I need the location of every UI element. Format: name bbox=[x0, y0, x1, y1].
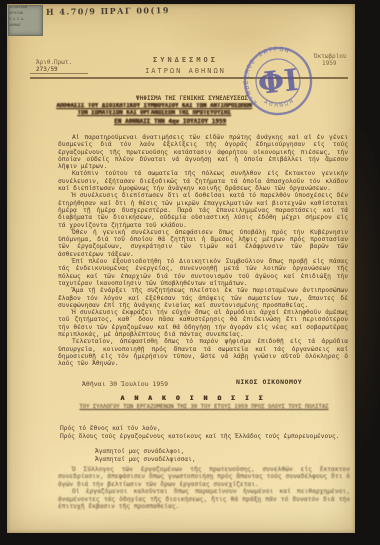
date-month: Ὀκτωβρίου bbox=[314, 53, 347, 60]
title-line-1: ΨΗΦΙΣΜΑ ΤΗΣ ΓΕΝΙΚΗΣ ΣΥΝΕΛΕΥΣΕΩΣ bbox=[70, 95, 314, 102]
salutation-block: Ἀγαπητοί μας συνάδελφοι, Ἀγαπηταί μας συ… bbox=[95, 448, 196, 464]
body-paragraph: Κατόπιν τούτου τά σωματεῖα τῆς πόλεως συ… bbox=[58, 170, 348, 192]
body-text-block: Αἱ παρατηρούμεναι ἀνατιμήσεις τῶν εἰδῶν … bbox=[58, 134, 348, 368]
body-paragraph: Αἱ παρατηρούμεναι ἀνατιμήσεις τῶν εἰδῶν … bbox=[58, 134, 348, 170]
body-paragraph: Ὅθεν ἡ γενική συνέλευσις ἀπεφάσισεν ὅπως… bbox=[58, 229, 348, 258]
scan-background: { "annotations": { "top_note": "Η 4.70/9… bbox=[0, 0, 380, 545]
reference-value: 273/59 bbox=[36, 66, 72, 73]
address-line-2: Πρός ὅλους τούς ἐργαζομένους κατοίκους κ… bbox=[60, 433, 339, 440]
announcement-subheading: ΤΟΥ ΣΥΛΛΟΓΟΥ ΤΩΝ ΕΡΓΑΖΟΜΕΝΩΝ ΤΗΣ 30 ΤΟΥ … bbox=[58, 404, 350, 410]
announcement-paragraph: Οἱ ἐργαζόμενοι καλοῦνται ὅπως παραμείνου… bbox=[58, 488, 350, 510]
announcement-paragraph: Ὁ Σύλλογος τῶν ἐργαζομένων τῆς πρωτευούσ… bbox=[58, 466, 350, 488]
archive-stamp-line: ΙΣΤΟΡΙΚΟΝ bbox=[9, 6, 27, 9]
body-paragraph: Ἡ συνέλευσις διεπίστωσεν ὅτι αἱ δοθεῖσαι… bbox=[58, 192, 348, 228]
letterhead-date: Ὀκτωβρίου 1959 bbox=[314, 53, 347, 67]
announcement-text-block: Ὁ Σύλλογος τῶν ἐργαζομένων τῆς πρωτευούσ… bbox=[58, 466, 350, 510]
date-year: 1959 bbox=[314, 60, 347, 67]
archive-stamp-line: Ε.Λ.Ι.Α. bbox=[9, 18, 27, 21]
body-paragraph: Ἐπί πλέον ἐξουσιοδοτήθη τό Διοικητικόν Σ… bbox=[58, 258, 348, 287]
salutation-line-2: Ἀγαπηταί μας συναδέλφισσαι, bbox=[95, 456, 196, 464]
salutation-line-1: Ἀγαπητοί μας συνάδελφοι, bbox=[95, 448, 196, 456]
body-paragraph: Ἡ συνέλευσις ἐκφράζει τήν εὐχήν ὅπως αἱ … bbox=[58, 309, 348, 338]
body-paragraph: Τελευταῖον, ἀπεφασίσθη ὅπως τό παρόν ψήφ… bbox=[58, 338, 348, 367]
archive-stamp-box: ΙΣΤΟΡΙΚΟΝ ΑΡΧΕΙΟΝ Ε.Λ.Ι.Α. ΑΘΗΝΑΙ bbox=[8, 5, 43, 36]
archive-stamp-line: ΑΡΧΕΙΟΝ bbox=[9, 12, 27, 15]
title-line-3: ΤΩΝ ΣΩΜΑΤΕΙΩΝ ΚΑΙ ΟΡΓΑΝΩΣΕΩΝ ΤΗΣ ΠΡΩΤΕΥΟ… bbox=[52, 110, 256, 116]
body-paragraph: Ἅμα τῇ ἐνάρξει τῆς συζητήσεως πλεῖστοι ἐ… bbox=[58, 287, 348, 309]
signature-name: ΝΙΚΟΣ ΟΙΚΟΝΟΜΟΥ bbox=[236, 378, 302, 386]
reference-number: Ἀριθ.Πρωτ. 273/59 bbox=[36, 59, 72, 73]
title-line-2: ΑΠΟΦΑΣΙΣ ΤΟΥ ΔΙΟΙΚΗΤΙΚΟΥ ΣΥΜΒΟΥΛΙΟΥ ΚΑΙ … bbox=[50, 103, 258, 109]
handwritten-note: Η 4.70/9 ΠΡΑΓ 00(19 bbox=[46, 5, 170, 17]
archive-stamp-line: ΑΘΗΝΑΙ bbox=[9, 24, 27, 27]
reference-underline bbox=[30, 73, 88, 74]
title-line-4: ΕΝ ΑΘΗΝΑΙΣ ΤΗΝ 4ην ΙΟΥΛΙΟΥ 1959 bbox=[100, 118, 240, 125]
closing-date: Ἀθῆναι 30 Ἰουλίου 1959 bbox=[82, 380, 168, 388]
announcement-heading: Α Ν Α Κ Ο Ι Ν Ω Σ Ι Σ bbox=[118, 394, 268, 402]
reference-label: Ἀριθ.Πρωτ. bbox=[36, 59, 72, 66]
address-line-1: Πρός τό ἔθνος καί τόν λαόν, bbox=[60, 425, 161, 432]
